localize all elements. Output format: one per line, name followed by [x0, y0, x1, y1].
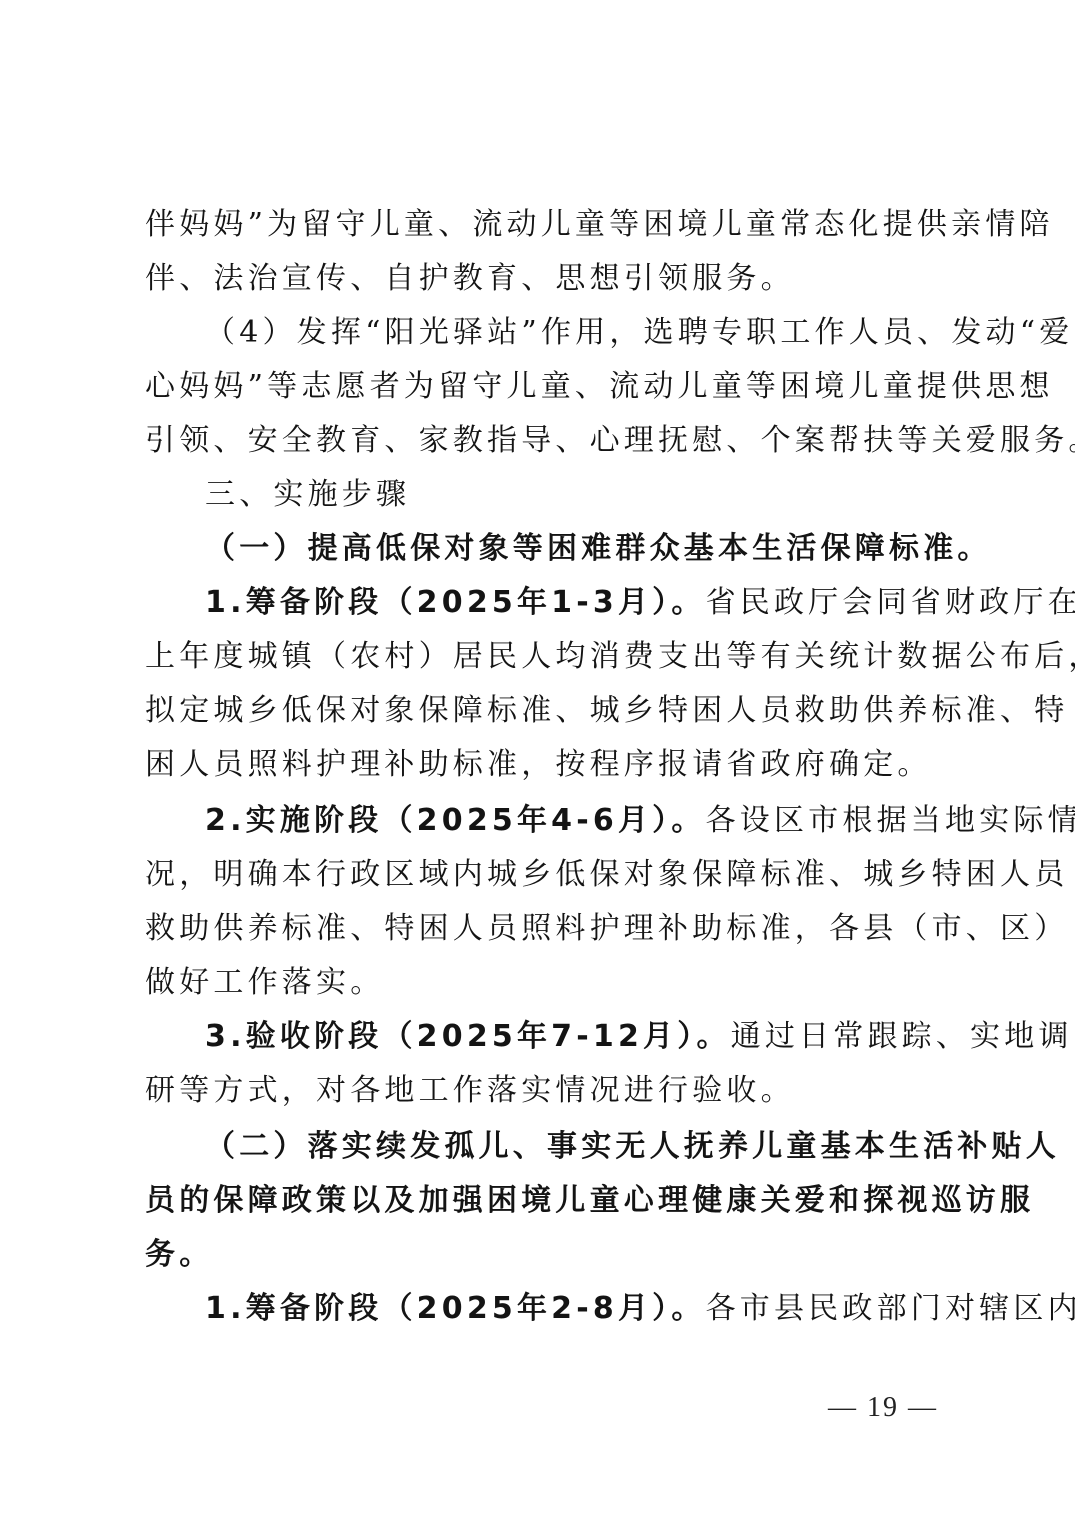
step-lead: 1.筹备阶段（2025年1-3月）。 [205, 585, 706, 620]
section-heading: 三、实施步骤 [205, 475, 935, 515]
step-lead: 2.实施阶段（2025年4-6月）。 [205, 803, 706, 838]
subsection-heading: 员的保障政策以及加强困境儿童心理健康关爱和探视巡访服 [145, 1181, 935, 1221]
document-page: 伴妈妈”为留守儿童、流动儿童等困境儿童常态化提供亲情陪 伴、法治宣传、自护教育、… [0, 0, 1075, 1520]
paragraph-line: 做好工作落实。 [145, 963, 935, 1003]
paragraph-line: （4）发挥“阳光驿站”作用，选聘专职工作人员、发动“爱 [205, 313, 935, 353]
step-lead: 1.筹备阶段（2025年2-8月）。 [205, 1291, 706, 1326]
paragraph-line: 况，明确本行政区域内城乡低保对象保障标准、城乡特困人员 [145, 855, 935, 895]
step-first-line: 2.实施阶段（2025年4-6月）。各设区市根据当地实际情 [205, 801, 935, 841]
step-text: 通过日常跟踪、实地调 [731, 1019, 1073, 1054]
subsection-heading: 务。 [145, 1235, 935, 1275]
paragraph-line: 伴妈妈”为留守儿童、流动儿童等困境儿童常态化提供亲情陪 [145, 205, 935, 245]
paragraph-line: 上年度城镇（农村）居民人均消费支出等有关统计数据公布后， [145, 637, 935, 677]
step-first-line: 3.验收阶段（2025年7-12月）。通过日常跟踪、实地调 [205, 1017, 935, 1057]
step-text: 各设区市根据当地实际情 [706, 803, 1075, 838]
step-first-line: 1.筹备阶段（2025年2-8月）。各市县民政部门对辖区内 [205, 1289, 935, 1329]
page-number: — 19 — [828, 1392, 938, 1424]
paragraph-line: 研等方式，对各地工作落实情况进行验收。 [145, 1071, 935, 1111]
subsection-heading: （二）落实续发孤儿、事实无人抚养儿童基本生活补贴人 [205, 1127, 935, 1167]
paragraph-line: 伴、法治宣传、自护教育、思想引领服务。 [145, 259, 935, 299]
subsection-heading: （一）提高低保对象等困难群众基本生活保障标准。 [205, 529, 935, 569]
step-text: 各市县民政部门对辖区内 [706, 1291, 1075, 1326]
paragraph-line: 拟定城乡低保对象保障标准、城乡特困人员救助供养标准、特 [145, 691, 935, 731]
paragraph-line: 救助供养标准、特困人员照料护理补助标准，各县（市、区） [145, 909, 935, 949]
step-lead: 3.验收阶段（2025年7-12月）。 [205, 1019, 731, 1054]
step-first-line: 1.筹备阶段（2025年1-3月）。省民政厅会同省财政厅在 [205, 583, 935, 623]
paragraph-line: 困人员照料护理补助标准，按程序报请省政府确定。 [145, 745, 935, 785]
paragraph-line: 引领、安全教育、家教指导、心理抚慰、个案帮扶等关爱服务。 [145, 421, 935, 461]
step-text: 省民政厅会同省财政厅在 [706, 585, 1075, 620]
paragraph-line: 心妈妈”等志愿者为留守儿童、流动儿童等困境儿童提供思想 [145, 367, 935, 407]
